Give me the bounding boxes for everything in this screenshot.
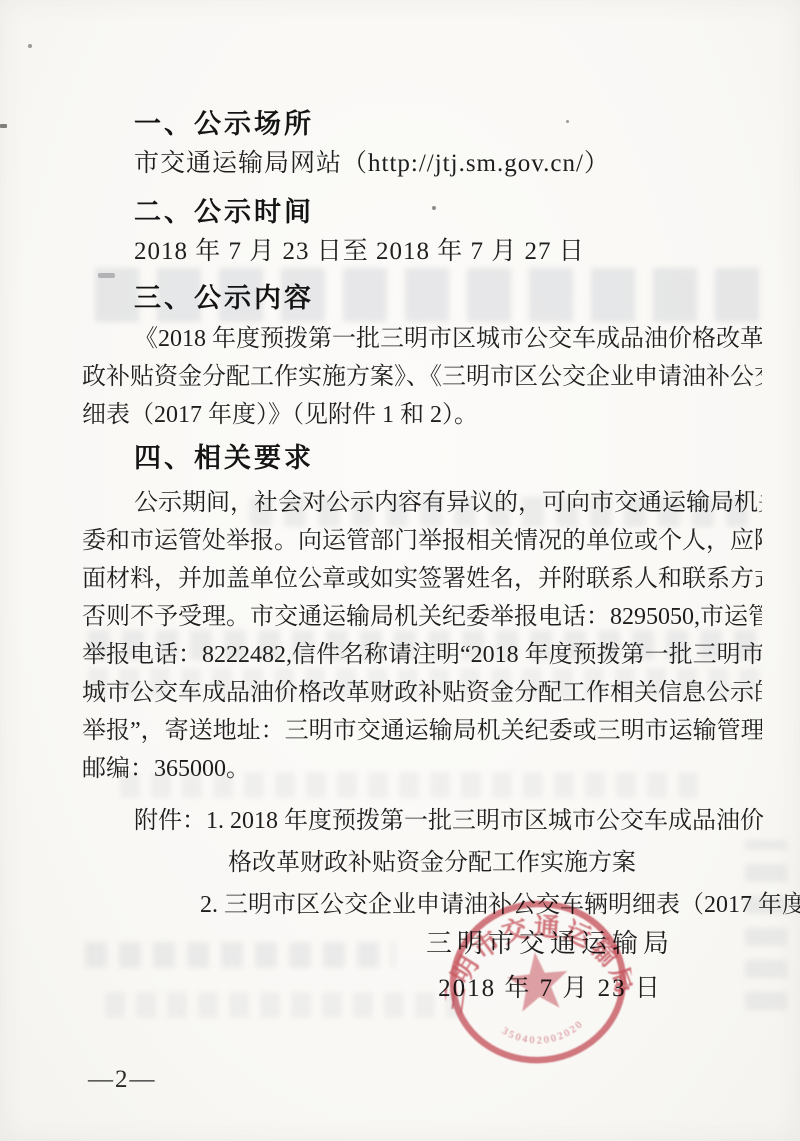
- paragraph-line: 否则不予受理。市交通运输局机关纪委举报电话：8295050,市运管处: [82, 598, 762, 636]
- paragraph-line: 《2018 年度预拨第一批三明市区城市公交车成品油价格改革财: [82, 320, 762, 358]
- section-1-line: 市交通运输局网站（http://jtj.sm.gov.cn/）: [82, 144, 762, 184]
- paragraph-line: 政补贴资金分配工作实施方案》、《三明市区公交企业申请油补公交车辆明: [82, 358, 762, 396]
- page-number: —2—: [88, 1066, 157, 1094]
- bleedthrough-smudge: [85, 942, 395, 968]
- attachments-label: 附件：: [134, 808, 206, 834]
- section-3-heading: 三、公示内容: [82, 278, 762, 318]
- paragraph-line: 细表（2017 年度）》（见附件 1 和 2）。: [82, 396, 762, 434]
- paragraph-line: 邮编：365000。: [82, 750, 762, 788]
- paragraph-line: 举报电话：8222482,信件名称请注明“2018 年度预拨第一批三明市区: [82, 636, 762, 674]
- official-seal-stamp: 三明市交通运输局 350402002020: [436, 887, 641, 1078]
- attachment-line-1: 附件：1. 2018 年度预拨第一批三明市区城市公交车成品油价: [82, 800, 762, 842]
- section-4-heading: 四、相关要求: [82, 438, 762, 478]
- attachments-block: 附件：1. 2018 年度预拨第一批三明市区城市公交车成品油价 格改革财政补贴资…: [82, 800, 762, 926]
- paragraph-line: 城市公交车成品油价格改革财政补贴资金分配工作相关信息公示的: [82, 674, 762, 712]
- section-1-heading: 一、公示场所: [82, 104, 762, 144]
- paragraph-line: 公示期间，社会对公示内容有异议的，可向市交通运输局机关纪: [82, 484, 762, 522]
- seal-code-text: 350402002020: [499, 1017, 588, 1050]
- section-3-paragraph: 《2018 年度预拨第一批三明市区城市公交车成品油价格改革财 政补贴资金分配工作…: [82, 320, 762, 434]
- scan-speck: [0, 124, 7, 128]
- section-2-line: 2018 年 7 月 23 日至 2018 年 7 月 27 日: [82, 232, 762, 272]
- document-body: 一、公示场所 市交通运输局网站（http://jtj.sm.gov.cn/） 二…: [82, 104, 762, 926]
- scanned-document-page: 一、公示场所 市交通运输局网站（http://jtj.sm.gov.cn/） 二…: [0, 0, 800, 1141]
- bleedthrough-smudge: [105, 992, 460, 1018]
- paragraph-line: 面材料，并加盖单位公章或如实签署姓名，并附联系人和联系方式，: [82, 560, 762, 598]
- attachment-2-title: 2. 三明市区公交企业申请油补公交车辆明细表（2017 年度）: [82, 884, 762, 926]
- seal-code-arc-text: 350402002020: [499, 1017, 588, 1050]
- paragraph-line: 举报”，寄送地址：三明市交通运输局机关纪委或三明市运输管理处，: [82, 712, 762, 750]
- official-seal-graphic: 三明市交通运输局 350402002020: [436, 887, 641, 1078]
- attachment-1-title-line-1: 1. 2018 年度预拨第一批三明市区城市公交车成品油价: [206, 808, 764, 834]
- seal-star-icon: [505, 949, 572, 1013]
- section-2-heading: 二、公示时间: [82, 192, 762, 232]
- section-4-paragraph: 公示期间，社会对公示内容有异议的，可向市交通运输局机关纪 委和市运管处举报。向运…: [82, 484, 762, 788]
- paragraph-line: 委和市运管处举报。向运管部门举报相关情况的单位或个人，应附书: [82, 522, 762, 560]
- scan-speck: [28, 44, 32, 48]
- attachment-1-title-line-2: 格改革财政补贴资金分配工作实施方案: [82, 842, 762, 884]
